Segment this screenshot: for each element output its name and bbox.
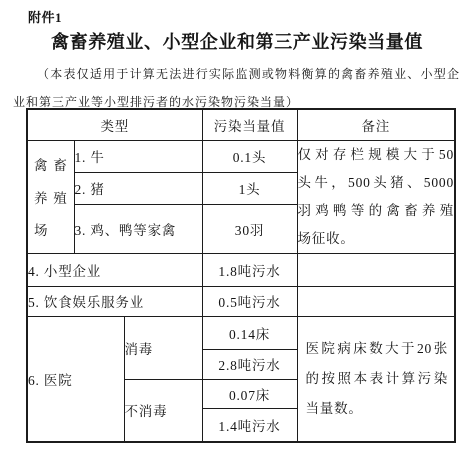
col-header-remark: 备注 bbox=[297, 109, 455, 140]
table-header-row: 类型 污染当量值 备注 bbox=[27, 109, 455, 140]
item-pig: 2. 猪 bbox=[74, 172, 202, 204]
remark-line: 头牛，500头猪、5000 bbox=[298, 169, 455, 197]
value-small-enterprise: 1.8吨污水 bbox=[202, 253, 297, 286]
document-page: 附件1 禽畜养殖业、小型企业和第三产业污染当量值 （本表仅适用于计算无法进行实际… bbox=[0, 0, 474, 476]
hospital-remark-cell: 医院病床数大于20张 的按照本表计算污染 当量数。 bbox=[297, 316, 455, 442]
item-hospital: 6. 医院 bbox=[27, 316, 124, 442]
livestock-label-line: 禽畜 bbox=[34, 154, 68, 174]
value-undisinfected-bed: 0.07床 bbox=[202, 379, 297, 408]
value-undisinfected-sewage: 1.4吨污水 bbox=[202, 408, 297, 442]
table-row: 禽畜 养殖 场 1. 牛 0.1头 仅对存栏规模大于50 头牛，500头猪、50… bbox=[27, 140, 455, 172]
livestock-label-line: 场 bbox=[34, 219, 68, 239]
remark-line: 场征收。 bbox=[298, 225, 455, 253]
livestock-group-cell: 禽畜 养殖 场 bbox=[27, 140, 74, 253]
scope-note-line-1: （本表仅适用于计算无法进行实际监测或物料衡算的禽畜养殖业、小型企 bbox=[13, 60, 460, 88]
table-row: 5. 饮食娱乐服务业 0.5吨污水 bbox=[27, 286, 455, 316]
value-food-entertainment: 0.5吨污水 bbox=[202, 286, 297, 316]
item-poultry: 3. 鸡、鸭等家禽 bbox=[74, 204, 202, 253]
item-small-enterprise: 4. 小型企业 bbox=[27, 253, 202, 286]
remark-empty-cell bbox=[297, 253, 455, 286]
remark-empty-cell bbox=[297, 286, 455, 316]
remark-line: 的按照本表计算污染 bbox=[306, 364, 449, 394]
value-pig: 1头 bbox=[202, 172, 297, 204]
table-row: 4. 小型企业 1.8吨污水 bbox=[27, 253, 455, 286]
table-row: 6. 医院 消毒 0.14床 医院病床数大于20张 的按照本表计算污染 当量数。 bbox=[27, 316, 455, 349]
hospital-remark: 医院病床数大于20张 的按照本表计算污染 当量数。 bbox=[298, 317, 455, 441]
value-poultry: 30羽 bbox=[202, 204, 297, 253]
item-cattle: 1. 牛 bbox=[74, 140, 202, 172]
value-disinfected-bed: 0.14床 bbox=[202, 316, 297, 349]
livestock-remark-cell: 仅对存栏规模大于50 头牛，500头猪、5000 羽鸡鸭等的禽畜养殖 场征收。 bbox=[297, 140, 455, 253]
remark-line: 羽鸡鸭等的禽畜养殖 bbox=[298, 197, 455, 225]
hospital-sub-disinfected: 消毒 bbox=[124, 316, 202, 379]
col-header-value: 污染当量值 bbox=[202, 109, 297, 140]
value-cattle: 0.1头 bbox=[202, 140, 297, 172]
hospital-sub-undisinfected: 不消毒 bbox=[124, 379, 202, 442]
remark-line: 仅对存栏规模大于50 bbox=[298, 141, 455, 169]
livestock-label-line: 养殖 bbox=[34, 187, 68, 207]
value-disinfected-sewage: 2.8吨污水 bbox=[202, 349, 297, 379]
remark-line: 医院病床数大于20张 bbox=[306, 334, 449, 364]
livestock-group-label: 禽畜 养殖 场 bbox=[28, 142, 74, 252]
remark-line: 当量数。 bbox=[306, 394, 449, 424]
attachment-label: 附件1 bbox=[28, 7, 62, 26]
pollution-equivalent-table: 类型 污染当量值 备注 禽畜 养殖 场 1. 牛 0.1头 仅对存栏规模大于50… bbox=[26, 108, 456, 443]
col-header-type: 类型 bbox=[27, 109, 202, 140]
item-food-entertainment: 5. 饮食娱乐服务业 bbox=[27, 286, 202, 316]
page-title: 禽畜养殖业、小型企业和第三产业污染当量值 bbox=[0, 28, 474, 54]
